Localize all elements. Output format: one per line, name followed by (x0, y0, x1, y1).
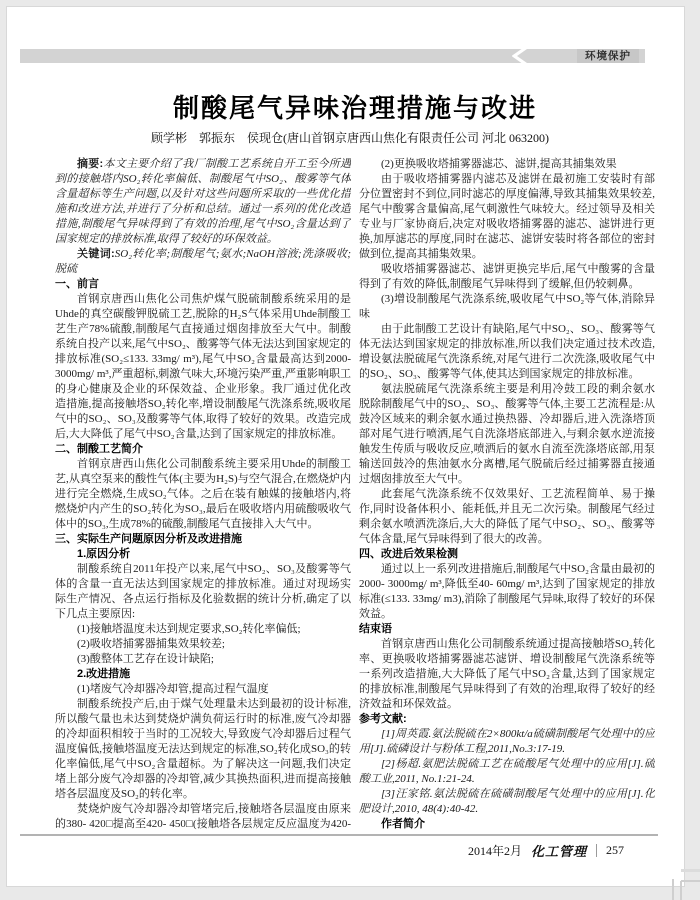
paragraph: 制酸系统自2011年投产以来,尾气中SO₂、SO₃及酸雾等气体的含量一直无法达到… (55, 562, 351, 622)
paragraph: 吸收塔捕雾器滤芯、滤饼更换完毕后,尾气中酸雾的含量得到了有效的降低,制酸尾气异味… (359, 262, 655, 292)
section-heading-process: 二、制酸工艺简介 (55, 442, 351, 457)
paragraph: 由于吸收塔捕雾器内滤芯及滤饼在最初施工安装时有部分位置密封不到位,同时滤芯的厚度… (359, 172, 655, 262)
crop-mark (681, 869, 700, 872)
paragraph: 由于此制酸工艺设计有缺陷,尾气中SO₂、SO₃、酸雾等气体无法达到国家规定的排放… (359, 322, 655, 382)
page-footer: 2014年2月 化工管理 257 (468, 841, 624, 859)
section-heading-intro: 一、前言 (55, 277, 351, 292)
footer-rule (20, 834, 658, 836)
keywords: 关键词:SO₂转化率;制酸尾气;氨水;NaOH溶液;洗涤吸收;脱硫 (55, 247, 351, 277)
column-tag-label: 环境保护 (577, 49, 639, 63)
journal-name: 化工管理 (531, 841, 587, 860)
page-number: 257 (606, 843, 624, 858)
abstract-text: 本文主要介绍了我厂制酸工艺系统自开工至今所遇到的接触塔内SO₂转化率偏低、制酸尾… (55, 158, 351, 245)
section-heading-results: 四、改进后效果检测 (359, 547, 655, 562)
crop-mark (681, 880, 700, 882)
list-item: (3)酸整体工艺存在设计缺陷; (55, 652, 351, 667)
paragraph: 此套尾气洗涤系统不仅效果好、工艺流程简单、易于操作,同时设备体积小、能耗低,并且… (359, 487, 655, 547)
section-tag-band: 环境保护 (20, 49, 645, 63)
abstract: 摘要:本文主要介绍了我厂制酸工艺系统自开工至今所遇到的接触塔内SO₂转化率偏低、… (55, 157, 351, 247)
reference-item: [3]汪家铭.氨法脱硫在硫磺制酸尾气处理中的应用[J].化肥设计,2010, 4… (359, 787, 655, 817)
keywords-label: 关键词: (77, 248, 115, 260)
measure-heading: (1)堵废气冷却器冷却管,提高过程气温度 (55, 682, 351, 697)
paragraph: 制酸系统投产后,由于煤气处理量未达到最初的设计标准,所以酸气量也未达到焚烧炉满负… (55, 697, 351, 802)
measure-heading: (3)增设制酸尾气洗涤系统,吸收尾气中SO₂等气体,消除异味 (359, 292, 655, 322)
paragraph: 焚烧炉废气冷却器冷却管堵完后,接触塔各层温度由原来的380- 420□提高至42… (55, 802, 351, 830)
list-item: (2)吸收塔捕雾器捕集效果较差; (55, 637, 351, 652)
paragraph: 通过以上一系列改进措施后,制酸尾气中SO₂含量由最初的2000- 3000mg/… (359, 562, 655, 622)
paragraph: 首钢京唐西山焦化公司制酸系统主要采用Uhde的制酸工艺,从真空泵来的酸性气体(主… (55, 457, 351, 532)
chevron-left-icon (512, 49, 532, 63)
paragraph: 首钢京唐西山焦化公司制酸系统通过提高接触塔SO₂转化率、更换吸收塔捕雾器滤芯滤饼… (359, 637, 655, 712)
subsection-heading-measures: 2.改进措施 (55, 667, 351, 682)
issue-date: 2014年2月 (468, 842, 522, 859)
right-column: (2)更换吸收塔捕雾器滤芯、滤饼,提高其捕集效果 由于吸收塔捕雾器内滤芯及滤饼在… (359, 157, 655, 830)
left-column: 摘要:本文主要介绍了我厂制酸工艺系统自开工至今所遇到的接触塔内SO₂转化率偏低、… (55, 157, 351, 830)
article-title: 制酸尾气异味治理措施与改进 (55, 88, 655, 125)
article-body: 摘要:本文主要介绍了我厂制酸工艺系统自开工至今所遇到的接触塔内SO₂转化率偏低、… (55, 157, 655, 830)
paragraph: 氨法脱硫尾气洗涤系统主要是利用冷鼓工段的剩余氨水脱除制酸尾气中的SO₂、SO₃、… (359, 382, 655, 487)
references-heading: 参考文献: (359, 712, 655, 727)
list-item: (1)接触塔温度未达到规定要求,SO₂转化率偏低; (55, 622, 351, 637)
crop-mark (680, 881, 682, 900)
section-heading-analysis: 三、实际生产问题原因分析及改进措施 (55, 532, 351, 547)
subsection-heading-causes: 1.原因分析 (55, 547, 351, 562)
section-heading-conclusion: 结束语 (359, 622, 655, 637)
footer-divider (596, 844, 597, 857)
paragraph: 首钢京唐西山焦化公司焦炉煤气脱硫制酸系统采用的是Uhde的真空碳酸钾脱硫工艺,脱… (55, 292, 351, 442)
reference-item: [1]周英霞.氨法脱硫在2×800kt/a硫磺制酸尾气处理中的应用[J].硫磷设… (359, 727, 655, 757)
bio-heading: 作者简介 (359, 817, 655, 830)
reference-item: [2]杨超.氨肥法脱硫工艺在硫酸尾气处理中的应用[J].硫酸工业,2011, N… (359, 757, 655, 787)
measure-heading: (2)更换吸收塔捕雾器滤芯、滤饼,提高其捕集效果 (359, 157, 655, 172)
crop-mark (672, 879, 674, 900)
authors-line: 顾学彬 郭振东 侯现仓(唐山首钢京唐西山焦化有限责任公司 河北 063200) (30, 129, 670, 146)
abstract-label: 摘要: (77, 158, 103, 170)
